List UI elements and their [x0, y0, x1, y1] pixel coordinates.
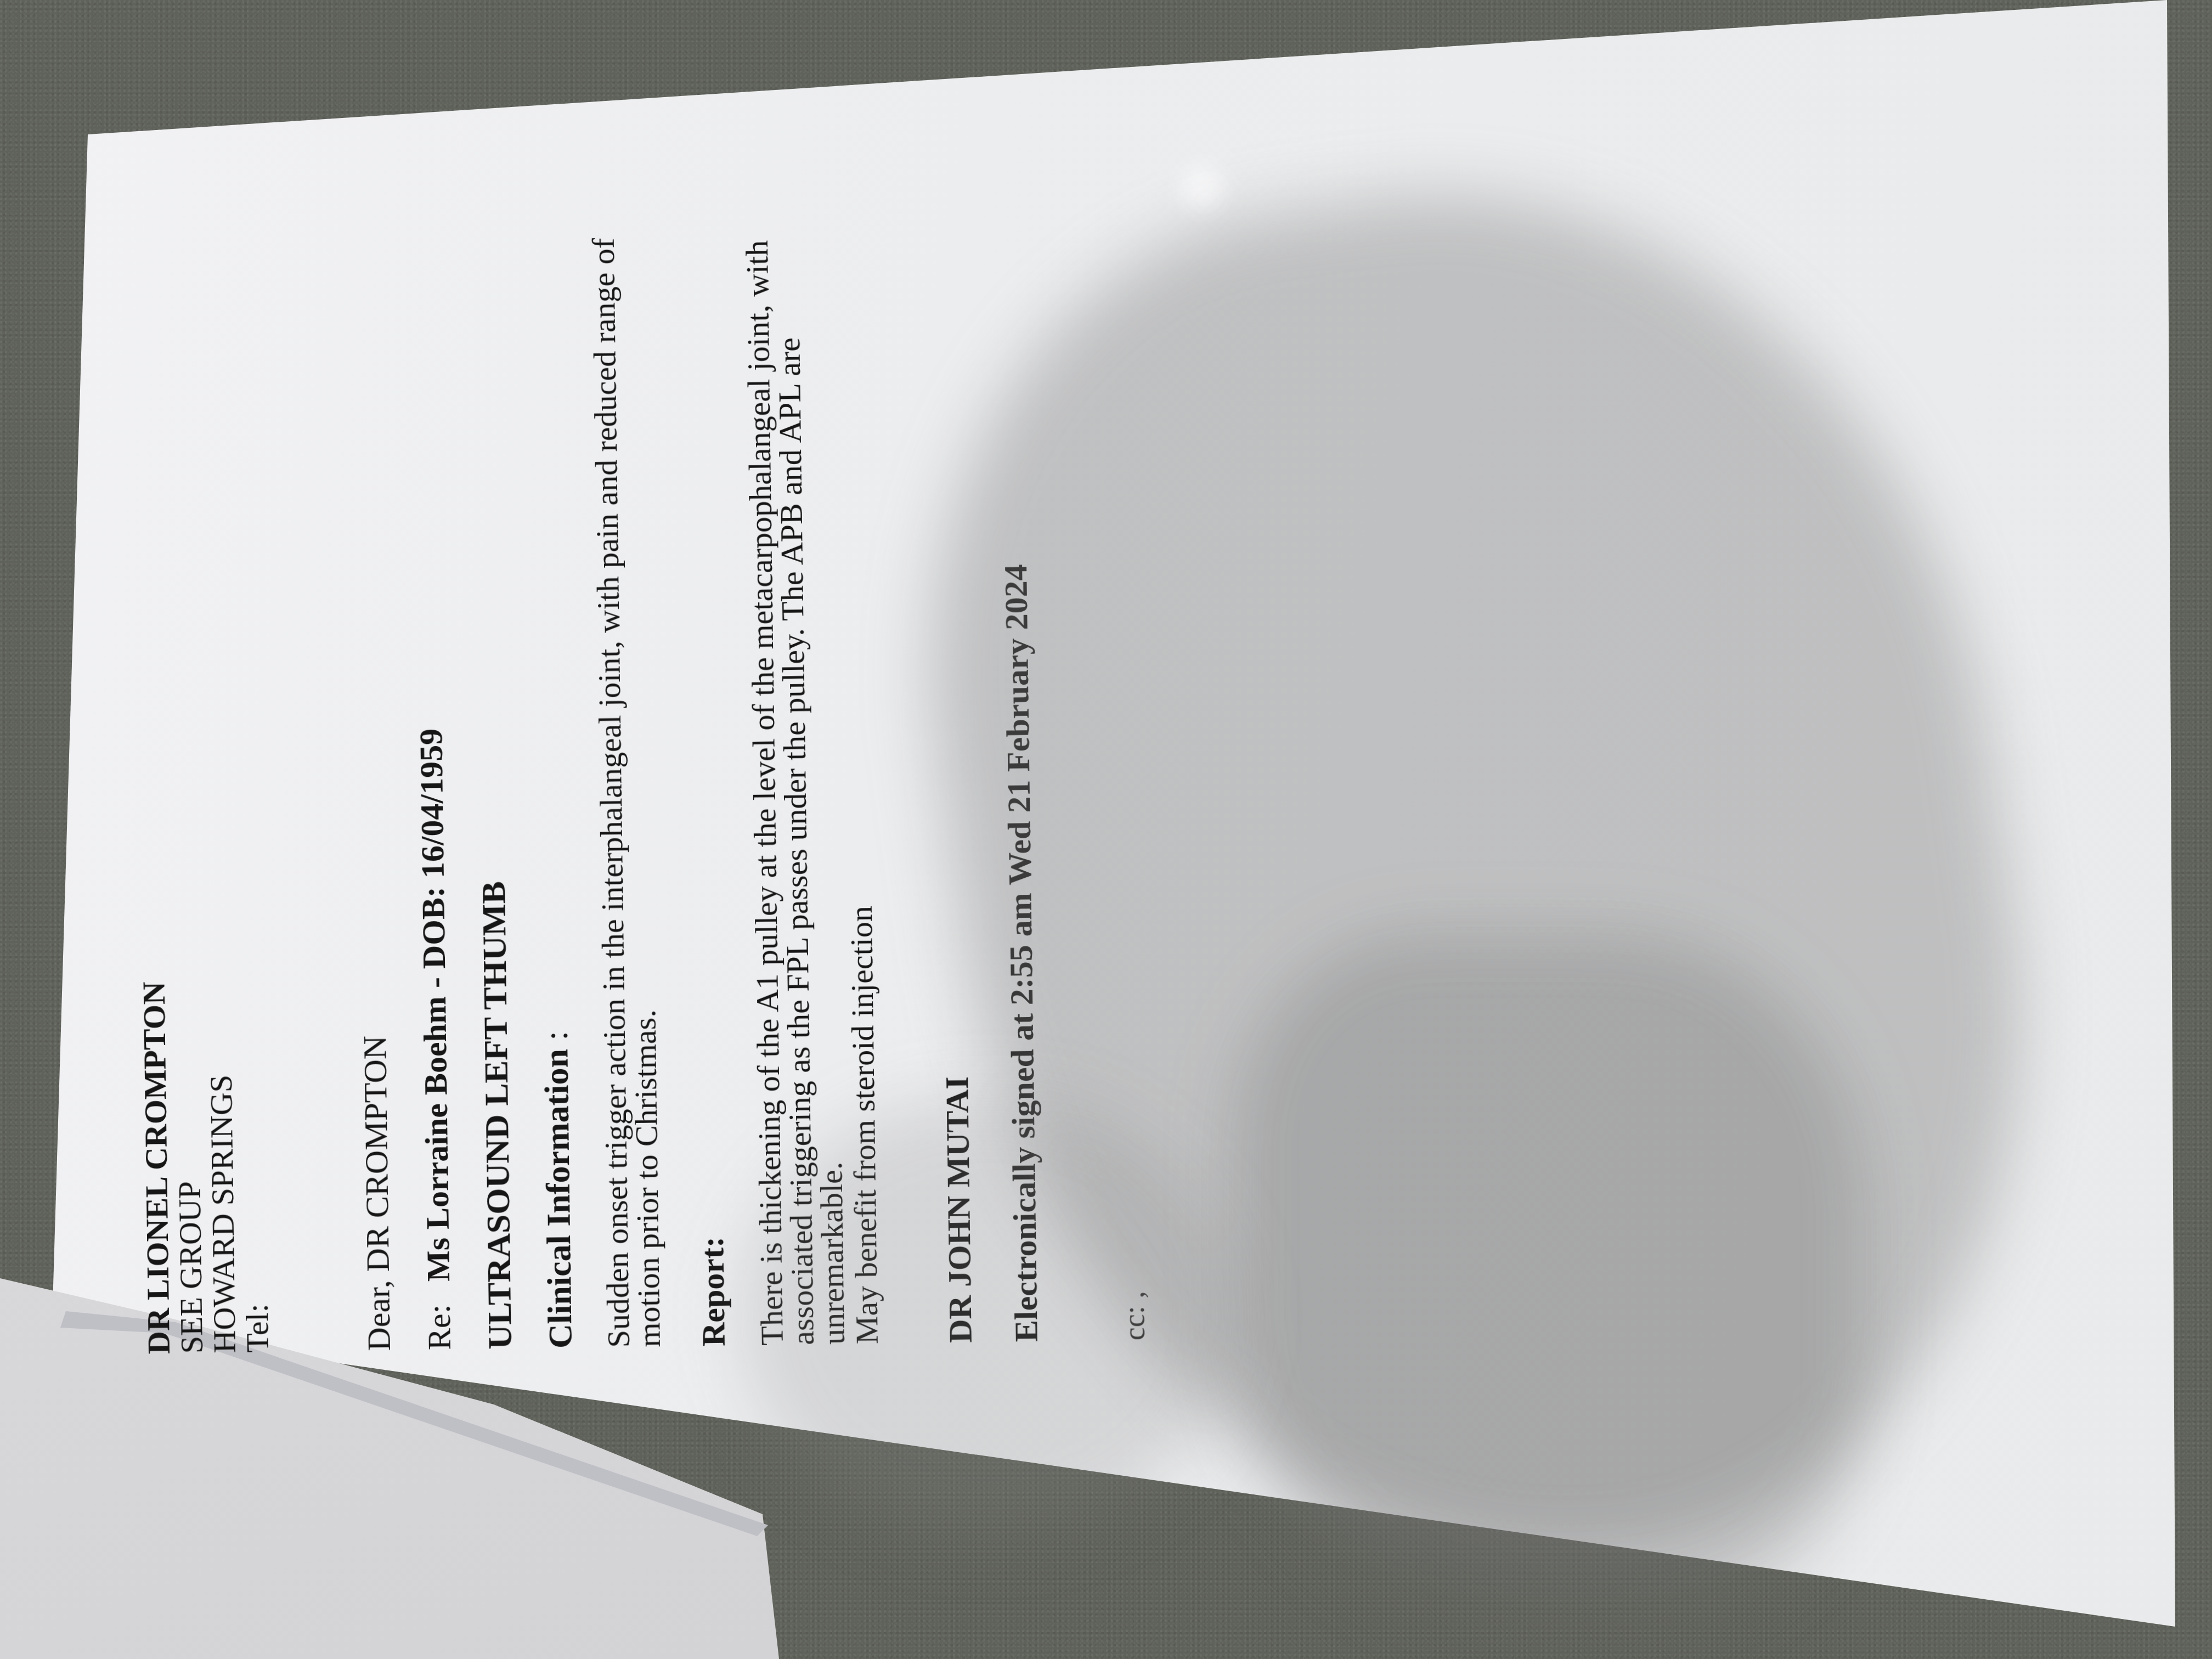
- clinical-info-heading: Clinical Information :: [539, 1031, 579, 1349]
- recipient-location: HOWARD SPRINGS: [203, 980, 241, 1353]
- re-subject: Ms Lorraine Boehm - DOB: 16/04/1959: [413, 728, 456, 1282]
- recommendation: May benefit from steroid injection: [844, 906, 884, 1345]
- signatory: DR JOHN MUTAI: [940, 1076, 978, 1343]
- salutation: Dear, DR CROMPTON: [358, 1035, 397, 1351]
- recipient-practice: SEE GROUP: [171, 981, 208, 1354]
- light-glare: [1180, 165, 1223, 208]
- re-label: Re:: [421, 1290, 457, 1351]
- recipient-address: DR LIONEL CROMPTON SEE GROUP HOWARD SPRI…: [138, 980, 274, 1354]
- report-heading: Report:: [695, 1237, 731, 1347]
- clinical-info-text: Sudden onset trigger action in the inter…: [587, 168, 665, 1348]
- recipient-name: DR LIONEL CROMPTON: [138, 981, 176, 1355]
- recipient-tel: Tel:: [236, 980, 274, 1353]
- cc-line: cc: ,: [1119, 1291, 1150, 1341]
- signature-line: Electronically signed at 2:55 am Wed 21 …: [998, 564, 1044, 1342]
- re-line: Re: Ms Lorraine Boehm - DOB: 16/04/1959: [414, 728, 457, 1350]
- radiology-report: DR LIONEL CROMPTON SEE GROUP HOWARD SPRI…: [70, 78, 1185, 1355]
- report-text: There is thickening of the A1 pulley at …: [741, 165, 849, 1346]
- exam-title: ULTRASOUND LEFT THUMB: [476, 881, 519, 1350]
